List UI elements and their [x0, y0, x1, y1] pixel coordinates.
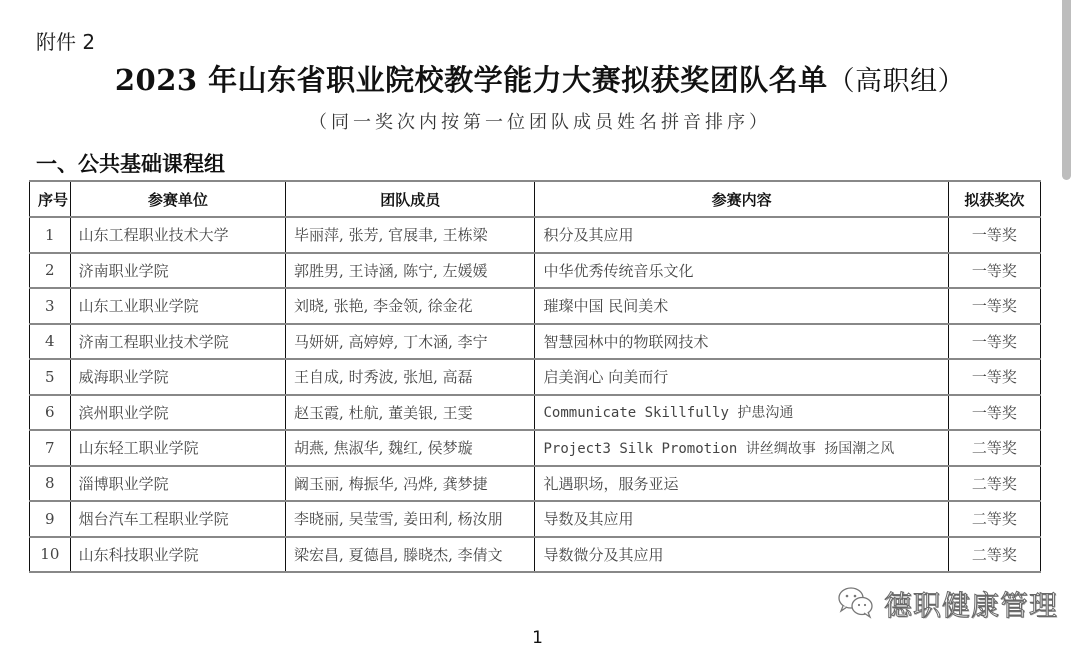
- cell-award: 二等奖: [948, 430, 1040, 466]
- table-row: 6 滨州职业学院 赵玉霞, 杜航, 董美银, 王雯 Communicate Sk…: [30, 395, 1041, 431]
- award-table: 序号 参赛单位 团队成员 参赛内容 拟获奖次 1 山东工程职业技术大学 毕丽萍,…: [29, 180, 1041, 573]
- table-row: 4 济南工程职业技术学院 马妍妍, 高婷婷, 丁木涵, 李宁 智慧园林中的物联网…: [30, 324, 1041, 360]
- header-members: 团队成员: [286, 181, 535, 217]
- page-subtitle: （同一奖次内按第一位团队成员姓名拼音排序）: [0, 108, 1080, 134]
- cell-content: Communicate Skillfully 护患沟通: [535, 395, 948, 431]
- header-unit: 参赛单位: [70, 181, 285, 217]
- cell-members: 马妍妍, 高婷婷, 丁木涵, 李宁: [286, 324, 535, 360]
- cell-content: Project3 Silk Promotion 讲丝绸故事 扬国潮之风: [535, 430, 948, 466]
- cell-no: 9: [30, 501, 71, 537]
- wechat-icon: [836, 585, 876, 623]
- cell-members: 胡燕, 焦淑华, 魏红, 侯梦璇: [286, 430, 535, 466]
- cell-unit: 山东工业职业学院: [70, 288, 285, 324]
- table-header-row: 序号 参赛单位 团队成员 参赛内容 拟获奖次: [30, 181, 1041, 217]
- cell-no: 1: [30, 217, 71, 253]
- cell-award: 一等奖: [948, 217, 1040, 253]
- table-row: 9 烟台汽车工程职业学院 李晓丽, 吴莹雪, 姜田利, 杨汝朋 导数及其应用 二…: [30, 501, 1041, 537]
- attachment-label: 附件 2: [36, 26, 95, 55]
- cell-unit: 山东工程职业技术大学: [70, 217, 285, 253]
- table-row: 1 山东工程职业技术大学 毕丽萍, 张芳, 官展聿, 王栋梁 积分及其应用 一等…: [30, 217, 1041, 253]
- title-main: 2023 年山东省职业院校教学能力大赛拟获奖团队名单: [115, 63, 828, 97]
- cell-no: 5: [30, 359, 71, 395]
- cell-members: 赵玉霞, 杜航, 董美银, 王雯: [286, 395, 535, 431]
- cell-award: 二等奖: [948, 501, 1040, 537]
- cell-members: 郭胜男, 王诗涵, 陈宁, 左媛媛: [286, 253, 535, 289]
- cell-members: 阚玉丽, 梅振华, 冯烨, 龚梦捷: [286, 466, 535, 502]
- header-award: 拟获奖次: [948, 181, 1040, 217]
- cell-award: 二等奖: [948, 537, 1040, 573]
- title-group: （高职组）: [828, 66, 966, 97]
- table-row: 3 山东工业职业学院 刘晓, 张艳, 李金领, 徐金花 璀璨中国 民间美术 一等…: [30, 288, 1041, 324]
- cell-award: 一等奖: [948, 395, 1040, 431]
- cell-no: 2: [30, 253, 71, 289]
- cell-members: 王自成, 时秀波, 张旭, 高磊: [286, 359, 535, 395]
- cell-content: 璀璨中国 民间美术: [535, 288, 948, 324]
- cell-award: 一等奖: [948, 253, 1040, 289]
- cell-unit: 滨州职业学院: [70, 395, 285, 431]
- cell-members: 李晓丽, 吴莹雪, 姜田利, 杨汝朋: [286, 501, 535, 537]
- page-number: 1: [0, 628, 1075, 648]
- cell-no: 8: [30, 466, 71, 502]
- cell-content: 中华优秀传统音乐文化: [535, 253, 948, 289]
- cell-no: 3: [30, 288, 71, 324]
- cell-members: 梁宏昌, 夏德昌, 滕晓杰, 李倩文: [286, 537, 535, 573]
- cell-unit: 济南工程职业技术学院: [70, 324, 285, 360]
- cell-award: 二等奖: [948, 466, 1040, 502]
- watermark: 德职健康管理: [836, 584, 1058, 624]
- cell-award: 一等奖: [948, 359, 1040, 395]
- cell-content: 礼遇职场，服务亚运: [535, 466, 948, 502]
- cell-unit: 山东轻工职业学院: [70, 430, 285, 466]
- cell-award: 一等奖: [948, 324, 1040, 360]
- cell-award: 一等奖: [948, 288, 1040, 324]
- cell-unit: 济南职业学院: [70, 253, 285, 289]
- cell-content: 积分及其应用: [535, 217, 948, 253]
- table-row: 2 济南职业学院 郭胜男, 王诗涵, 陈宁, 左媛媛 中华优秀传统音乐文化 一等…: [30, 253, 1041, 289]
- table-row: 10 山东科技职业学院 梁宏昌, 夏德昌, 滕晓杰, 李倩文 导数微分及其应用 …: [30, 537, 1041, 573]
- cell-members: 毕丽萍, 张芳, 官展聿, 王栋梁: [286, 217, 535, 253]
- cell-no: 6: [30, 395, 71, 431]
- cell-no: 4: [30, 324, 71, 360]
- cell-content: 启美润心 向美而行: [535, 359, 948, 395]
- table-row: 8 淄博职业学院 阚玉丽, 梅振华, 冯烨, 龚梦捷 礼遇职场，服务亚运 二等奖: [30, 466, 1041, 502]
- section-heading: 一、公共基础课程组: [36, 148, 225, 178]
- cell-unit: 烟台汽车工程职业学院: [70, 501, 285, 537]
- cell-unit: 威海职业学院: [70, 359, 285, 395]
- header-content: 参赛内容: [535, 181, 948, 217]
- cell-no: 10: [30, 537, 71, 573]
- cell-no: 7: [30, 430, 71, 466]
- header-no: 序号: [30, 181, 71, 217]
- cell-content: 导数及其应用: [535, 501, 948, 537]
- table-row: 7 山东轻工职业学院 胡燕, 焦淑华, 魏红, 侯梦璇 Project3 Sil…: [30, 430, 1041, 466]
- watermark-text: 德职健康管理: [884, 584, 1058, 624]
- table-row: 5 威海职业学院 王自成, 时秀波, 张旭, 高磊 启美润心 向美而行 一等奖: [30, 359, 1041, 395]
- cell-content: 智慧园林中的物联网技术: [535, 324, 948, 360]
- page-title: 2023 年山东省职业院校教学能力大赛拟获奖团队名单（高职组）: [0, 58, 1080, 99]
- cell-members: 刘晓, 张艳, 李金领, 徐金花: [286, 288, 535, 324]
- cell-content: 导数微分及其应用: [535, 537, 948, 573]
- cell-unit: 淄博职业学院: [70, 466, 285, 502]
- cell-unit: 山东科技职业学院: [70, 537, 285, 573]
